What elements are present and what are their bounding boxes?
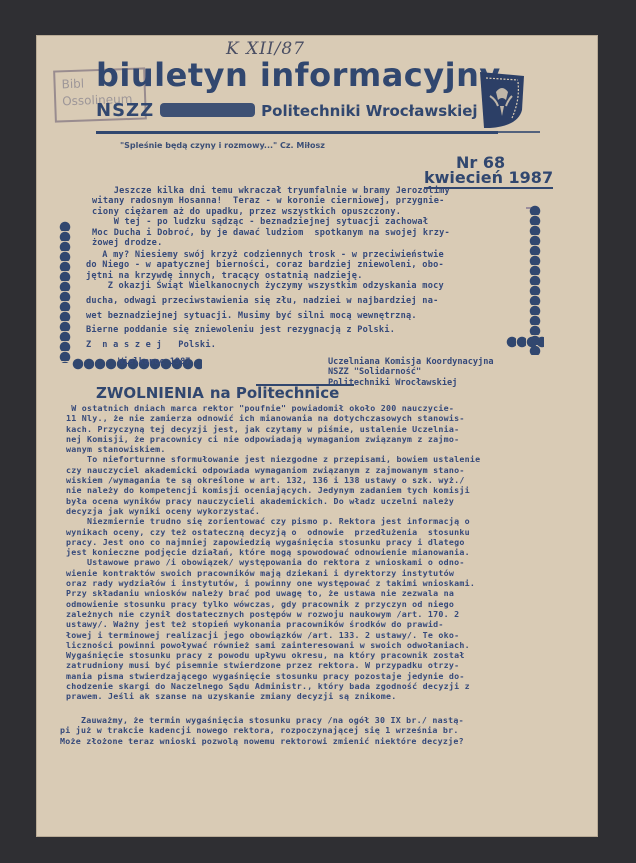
article-heading: ZWOLNIENIAna Politechnice xyxy=(96,384,339,402)
masthead-rule xyxy=(96,131,498,134)
easter-paragraph-1: Jeszcze kilka dni temu wkraczał tryumfal… xyxy=(92,186,450,248)
masthead-rule-extension xyxy=(498,131,540,133)
article-body: W ostatnich dniach marca rektor "poufnie… xyxy=(66,403,480,702)
decorative-border-left xyxy=(58,221,72,363)
eagle-shield-icon xyxy=(478,70,526,130)
decorative-border-bottom-right xyxy=(506,335,544,349)
decorative-border-right xyxy=(528,205,542,355)
article-closing: Zauważmy, że termin wygaśnięcia stosunku… xyxy=(60,715,464,746)
masthead-org: NSZZ xyxy=(96,100,154,121)
epigraph-quote: "Spleśnie będą czyny i rozmowy..." Cz. M… xyxy=(120,141,325,150)
masthead-university: Politechniki Wrocławskiej xyxy=(261,102,477,120)
signoff-date: Wielkanoc 1987 xyxy=(118,357,190,367)
article-heading-rest: na Politechnice xyxy=(210,384,339,402)
easter-paragraph-3: Z okazji Świąt Wielkanocnych życzymy wsz… xyxy=(86,283,444,350)
smudged-solidarnosc-logo xyxy=(160,103,255,117)
masthead-subtitle: NSZZPolitechniki Wrocławskiej xyxy=(96,100,478,121)
masthead-title: biuletyn informacyjny xyxy=(96,57,501,93)
article-heading-main: ZWOLNIENIA xyxy=(96,384,204,402)
document-page: K XII/87 Bibl Ossolineum biuletyn inform… xyxy=(36,35,598,837)
easter-paragraph-2: A my? Niesiemy swój krzyż codziennych tr… xyxy=(86,250,444,281)
